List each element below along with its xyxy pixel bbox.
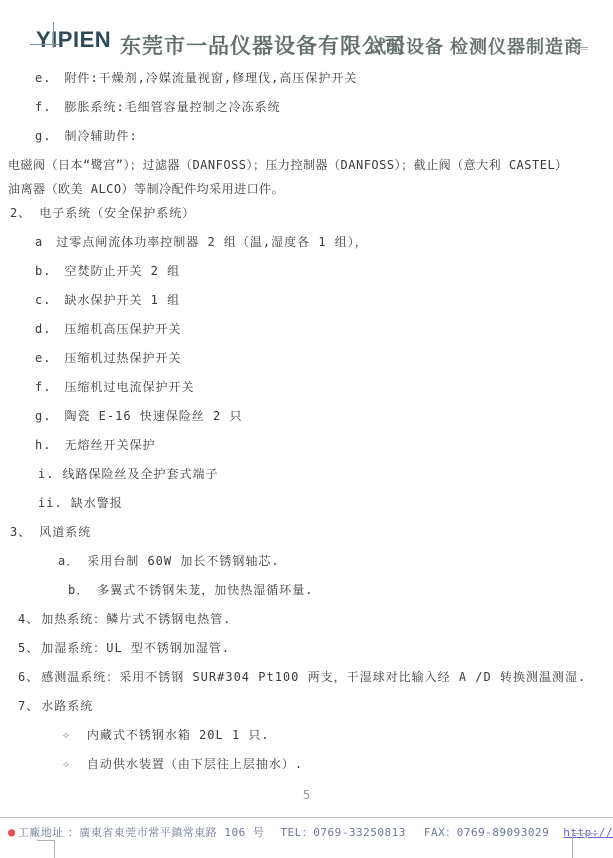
- company-logo: YIPIEN: [36, 27, 116, 55]
- line-label: g.: [35, 128, 51, 145]
- line-label: c.: [35, 292, 51, 309]
- line-text: 压缩机过热保护开关: [64, 351, 181, 365]
- line-label: 7、: [18, 698, 39, 715]
- body-line: 6、感测温系统：采用不锈钢 SUR#304 Pt100 两支，干湿球对比输入经 …: [18, 669, 613, 686]
- line-label: a．: [58, 553, 79, 570]
- line-text: 水路系统: [41, 699, 93, 713]
- line-label: i.: [38, 466, 54, 483]
- line-text: 自动供水装置（由下层往上层抽水）.: [87, 757, 303, 771]
- body-line: a过零点闸流体功率控制器 2 组（温,湿度各 1 组），: [35, 234, 613, 251]
- page-header: YIPIEN 东莞市一品仪器设备有限公司 试验设备 检测仪器制造商: [0, 0, 613, 62]
- body-line: 5、加湿系统：UL 型不锈钢加湿管.: [18, 640, 613, 657]
- body-line: 2、电子系统（安全保护系统）: [10, 205, 613, 222]
- line-text: 空焚防止开关 2 组: [64, 264, 180, 278]
- body-line: g.制冷辅助件:: [35, 128, 613, 145]
- line-label: b．: [68, 582, 89, 599]
- line-text: 压缩机高压保护开关: [64, 322, 181, 336]
- body-line: g.陶瓷 E-16 快速保险丝 2 只: [35, 408, 613, 425]
- line-label: a: [35, 234, 43, 251]
- line-text: 附件:干燥剂,冷媒流量视窗,修理伐,高压保护开关: [64, 71, 357, 85]
- body-line: 电磁阀（日本“鹭宫”）；过滤器（DANFOSS）；压力控制器（DANFOSS）；…: [8, 157, 613, 174]
- body-line: 油离器（欧美 ALCO）等制冷配件均采用进口件。: [8, 181, 613, 198]
- document-page: YIPIEN 东莞市一品仪器设备有限公司 试验设备 检测仪器制造商 e.附件:干…: [0, 0, 613, 858]
- line-text: 线路保险丝及全护套式端子: [62, 467, 218, 481]
- body-line: c.缺水保护开关 1 组: [35, 292, 613, 309]
- company-name: 东莞市一品仪器设备有限公司: [120, 30, 406, 60]
- body-line: h.无熔丝开关保护: [35, 437, 613, 454]
- line-label: d.: [35, 321, 51, 338]
- line-label: h.: [35, 437, 51, 454]
- line-text: 采用台制 60W 加长不锈钢轴芯.: [87, 554, 279, 568]
- body-line: ✧自动供水装置（由下层往上层抽水）.: [62, 756, 613, 773]
- body-line: e.压缩机过热保护开关: [35, 350, 613, 367]
- line-label: ✧: [62, 727, 71, 744]
- line-label: 5、: [18, 640, 39, 657]
- body-line: a．采用台制 60W 加长不锈钢轴芯.: [58, 553, 613, 570]
- line-text: 陶瓷 E-16 快速保险丝 2 只: [64, 409, 242, 423]
- line-label: g.: [35, 408, 51, 425]
- line-text: 油离器（欧美 ALCO）等制冷配件均采用进口件。: [8, 182, 284, 196]
- fax-number: FAX：0769-89093029: [424, 824, 549, 840]
- body-line: e.附件:干燥剂,冷媒流量视窗,修理伐,高压保护开关: [35, 70, 613, 87]
- line-label: ii.: [38, 495, 63, 512]
- line-text: 缺水警报: [71, 496, 123, 510]
- line-text: 电磁阀（日本“鹭宫”）；过滤器（DANFOSS）；压力控制器（DANFOSS）；…: [8, 158, 568, 172]
- line-text: 多翼式不锈钢朱茏，加快热湿循环量.: [97, 583, 313, 597]
- logo-line-horizontal-icon: [30, 44, 60, 45]
- line-label: b.: [35, 263, 51, 280]
- body-line: 7、水路系统: [18, 698, 613, 715]
- page-number: 5: [0, 788, 613, 802]
- line-label: 6、: [18, 669, 39, 686]
- body-line: d.压缩机高压保护开关: [35, 321, 613, 338]
- line-text: 内藏式不锈钢水箱 20L 1 只.: [87, 728, 270, 742]
- body-line: ✧内藏式不锈钢水箱 20L 1 只.: [62, 727, 613, 744]
- line-text: 加湿系统：UL 型不锈钢加湿管.: [41, 641, 230, 655]
- address-separator: ：: [68, 824, 80, 840]
- body-line: i.线路保险丝及全护套式端子: [38, 466, 613, 483]
- line-text: 风道系统: [39, 525, 91, 539]
- body-line: 3、风道系统: [10, 524, 613, 541]
- line-text: 过零点闸流体功率控制器 2 组（温,湿度各 1 组），: [56, 235, 368, 249]
- line-text: 膨胀系统:毛细管容量控制之冷冻系统: [64, 100, 280, 114]
- line-text: 感测温系统：采用不锈钢 SUR#304 Pt100 两支，干湿球对比输入经 A …: [41, 670, 586, 684]
- tel-number: TEL：0769-33250813: [280, 824, 405, 840]
- body-line: b.空焚防止开关 2 组: [35, 263, 613, 280]
- footer-divider: [0, 817, 613, 818]
- body-line: f.压缩机过电流保护开关: [35, 379, 613, 396]
- line-label: f.: [35, 99, 51, 116]
- line-text: 加热系统：鳞片式不锈钢电热管.: [41, 612, 231, 626]
- margin-mark-top-right: [574, 47, 588, 50]
- line-label: ✧: [62, 756, 71, 773]
- crop-mark-bottom-right: [572, 833, 598, 858]
- line-text: 缺水保护开关 1 组: [64, 293, 180, 307]
- body-line: 4、加热系统：鳞片式不锈钢电热管.: [18, 611, 613, 628]
- document-body: e.附件:干燥剂,冷媒流量视窗,修理伐,高压保护开关f.膨胀系统:毛细管容量控制…: [0, 62, 613, 785]
- factory-address: 廣東省東莞市常平鎮常東路 106 号: [79, 824, 264, 840]
- line-text: 无熔丝开关保护: [64, 438, 155, 452]
- red-dot-icon: ●: [8, 825, 16, 839]
- line-label: 3、: [10, 524, 31, 541]
- body-line: ii.缺水警报: [38, 495, 613, 512]
- line-label: f.: [35, 379, 51, 396]
- line-text: 电子系统（安全保护系统）: [39, 206, 195, 220]
- line-label: e.: [35, 70, 51, 87]
- logo-text: YIPIEN: [36, 27, 111, 52]
- factory-address-label: 工廠地址: [18, 824, 64, 840]
- line-text: 压缩机过电流保护开关: [64, 380, 194, 394]
- line-text: 制冷辅助件:: [64, 129, 137, 143]
- page-footer: ● 工廠地址 ： 廣東省東莞市常平鎮常東路 106 号 TEL：0769-332…: [8, 824, 608, 840]
- line-label: e.: [35, 350, 51, 367]
- line-label: 4、: [18, 611, 39, 628]
- body-line: f.膨胀系统:毛细管容量控制之冷冻系统: [35, 99, 613, 116]
- crop-mark-bottom-left: [37, 840, 55, 858]
- line-label: 2、: [10, 205, 31, 222]
- body-line: b．多翼式不锈钢朱茏，加快热湿循环量.: [68, 582, 613, 599]
- company-tagline: 试验设备 检测仪器制造商: [368, 33, 583, 59]
